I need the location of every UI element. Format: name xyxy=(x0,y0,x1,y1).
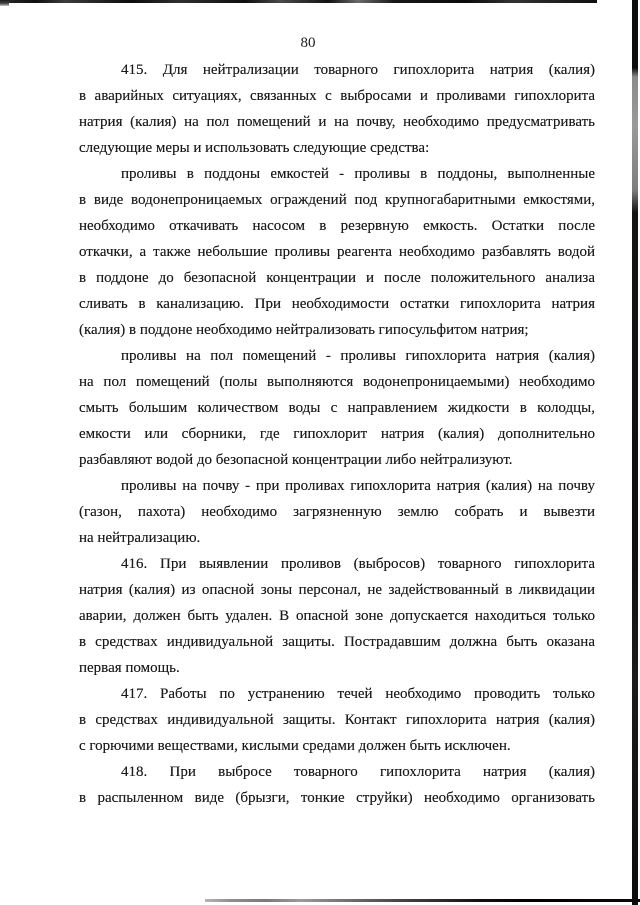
text-line: на нейтрализацию. xyxy=(79,525,595,551)
text-line: 417. Работы по устранению течей необходи… xyxy=(79,681,595,707)
text-block: 415. Для нейтрализации товарного гипохло… xyxy=(79,57,595,811)
document-page: 80 415. Для нейтрализации товарного гипо… xyxy=(0,0,640,905)
text-line: натрия (калия) из опасной зоны персонал,… xyxy=(79,577,595,603)
text-line: на пол помещений (полы выполняются водон… xyxy=(79,369,595,395)
text-line: в распыленном виде (брызги, тонкие струй… xyxy=(79,785,595,811)
paragraph: 417. Работы по устранению течей необходи… xyxy=(79,681,595,759)
text-line: первая помощь. xyxy=(79,655,595,681)
text-line: смыть большим количеством воды с направл… xyxy=(79,395,595,421)
scan-speck xyxy=(0,0,9,6)
paragraph: 415. Для нейтрализации товарного гипохло… xyxy=(79,57,595,161)
text-line: в средствах индивидуальной защиты. Конта… xyxy=(79,707,595,733)
text-line: 418. При выбросе товарного гипохлорита н… xyxy=(79,759,595,785)
paragraph: 418. При выбросе товарного гипохлорита н… xyxy=(79,759,595,811)
text-line: разбавляют водой до безопасной концентра… xyxy=(79,447,595,473)
text-line: необходимо откачивать насосом в резервну… xyxy=(79,213,595,239)
text-line: 415. Для нейтрализации товарного гипохло… xyxy=(79,57,595,83)
paragraph: проливы на пол помещений - проливы гипох… xyxy=(79,343,595,473)
text-line: откачки, а также небольшие проливы реаге… xyxy=(79,239,595,265)
scan-edge-bottom xyxy=(205,899,640,902)
text-line: с горючими веществами, кислыми средами д… xyxy=(79,733,595,759)
text-line: проливы на почву - при проливах гипохлор… xyxy=(79,473,595,499)
text-line: в виде водонепроницаемых ограждений под … xyxy=(79,187,595,213)
text-line: проливы в поддоны емкостей - проливы в п… xyxy=(79,161,595,187)
paragraph: 416. При выявлении проливов (выбросов) т… xyxy=(79,551,595,681)
paragraph: проливы на почву - при проливах гипохлор… xyxy=(79,473,595,551)
scan-edge-right xyxy=(632,0,638,905)
scan-edge-top xyxy=(0,0,597,3)
text-line: емкости или сборники, где гипохлорит нат… xyxy=(79,421,595,447)
text-line: сливать в канализацию. При необходимости… xyxy=(79,291,595,317)
text-line: проливы на пол помещений - проливы гипох… xyxy=(79,343,595,369)
text-line: (газон, пахота) необходимо загрязненную … xyxy=(79,499,595,525)
paragraph: проливы в поддоны емкостей - проливы в п… xyxy=(79,161,595,343)
page-number: 80 xyxy=(0,35,628,52)
text-line: следующие меры и использовать следующие … xyxy=(79,135,595,161)
text-line: (калия) в поддоне необходимо нейтрализов… xyxy=(79,317,595,343)
text-line: натрия (калия) на пол помещений и на поч… xyxy=(79,109,595,135)
text-line: в средствах индивидуальной защиты. Постр… xyxy=(79,629,595,655)
text-line: аварии, должен быть удален. В опасной зо… xyxy=(79,603,595,629)
text-line: в поддоне до безопасной концентрации и п… xyxy=(79,265,595,291)
text-line: в аварийных ситуациях, связанных с выбро… xyxy=(79,83,595,109)
text-line: 416. При выявлении проливов (выбросов) т… xyxy=(79,551,595,577)
